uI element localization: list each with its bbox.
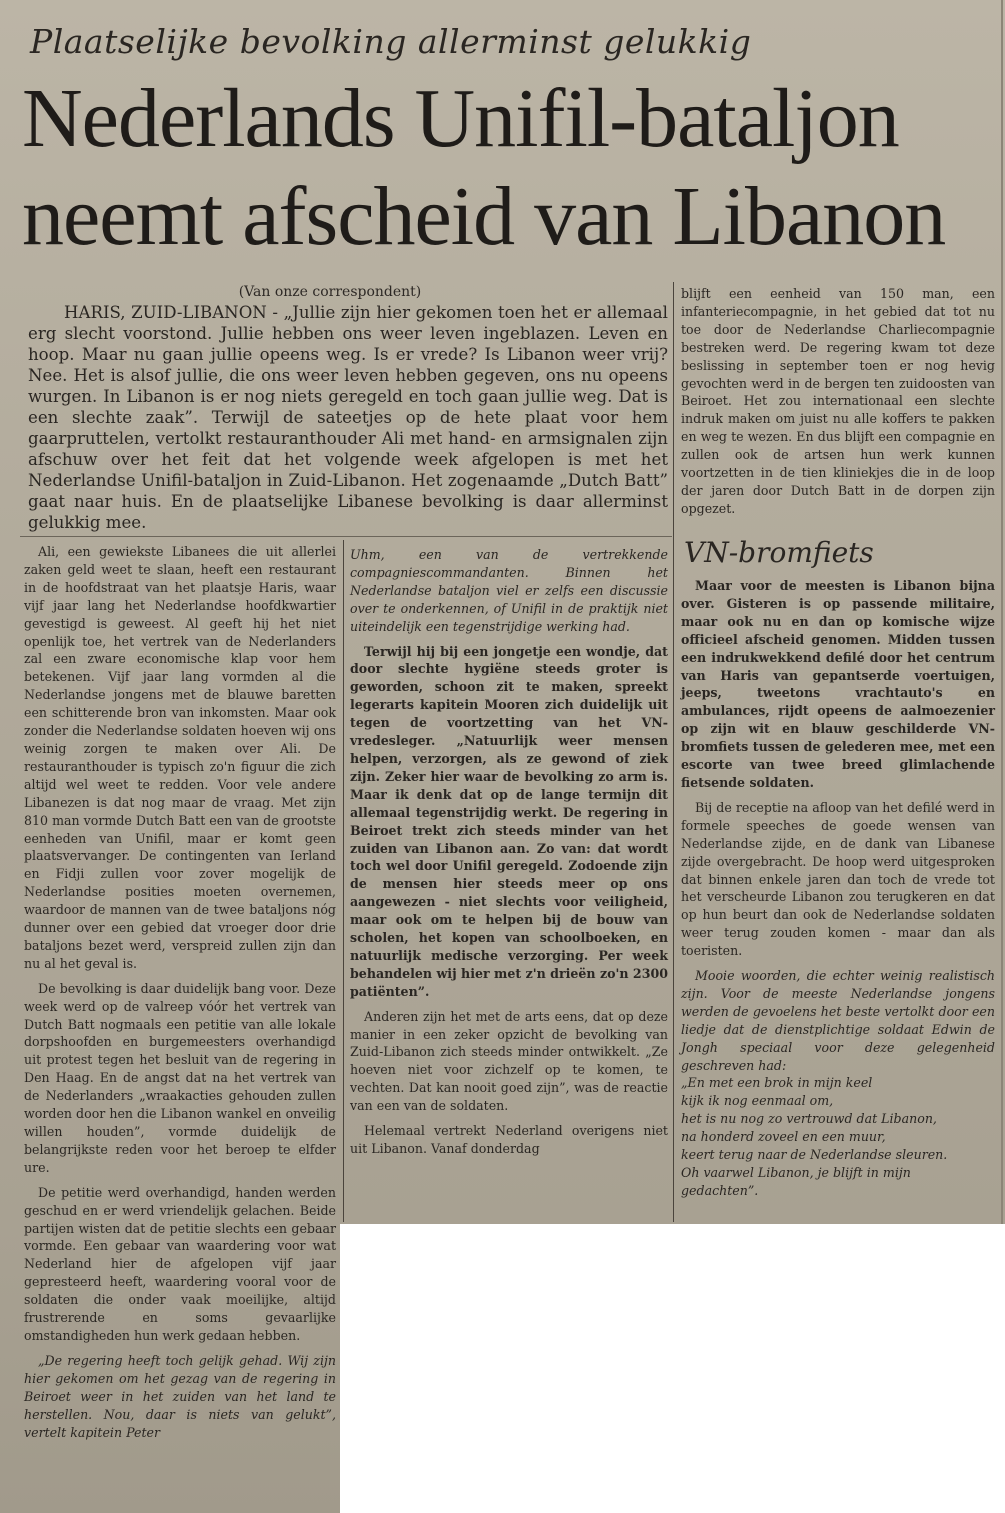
headline: Nederlands Unifil-bataljon neemt afschei…: [22, 70, 992, 266]
lyric-line: na honderd zoveel en een muur,: [681, 1128, 995, 1146]
column-3: Maar voor de meesten is Libanon bijna ov…: [681, 577, 995, 1200]
column-3-top: blijft een eenheid van 150 man, een infa…: [681, 285, 995, 525]
bold-paragraph: Terwijl hij bij een jongetje een wondje,…: [350, 643, 668, 1001]
column-rule: [343, 540, 344, 1222]
column-2: Uhm, een van de vertrekkende compagniesc…: [350, 546, 668, 1165]
song-lyrics: „En met een brok in mijn keel kijk ik no…: [681, 1074, 995, 1199]
paragraph: De bevolking is daar duidelijk bang voor…: [24, 980, 336, 1177]
lead-paragraph: HARIS, ZUID-LIBANON - „Jullie zijn hier …: [28, 302, 668, 533]
lead-text: HARIS, ZUID-LIBANON - „Jullie zijn hier …: [28, 302, 668, 533]
lyric-line: kijk ik nog eenmaal om,: [681, 1092, 995, 1110]
paragraph: Ali, een gewiekste Libanees die uit alle…: [24, 543, 336, 973]
paragraph: blijft een eenheid van 150 man, een infa…: [681, 285, 995, 518]
headline-line-2: neemt afscheid van Libanon: [22, 168, 992, 266]
paragraph: Helemaal vertrekt Nederland overigens ni…: [350, 1122, 668, 1158]
lyric-line: het is nu nog zo vertrouwd dat Libanon,: [681, 1110, 995, 1128]
paragraph: Bij de receptie na afloop van het defilé…: [681, 799, 995, 960]
quote-paragraph: Uhm, een van de vertrekkende compagniesc…: [350, 546, 668, 636]
column-rule: [673, 282, 674, 1222]
clipping-edge: [1001, 0, 1003, 1224]
paragraph: De petitie werd overhandigd, handen werd…: [24, 1184, 336, 1345]
bold-paragraph: Maar voor de meesten is Libanon bijna ov…: [681, 577, 995, 792]
lyric-line: keert terug naar de Nederlandse sleuren.: [681, 1146, 995, 1164]
column-1: Ali, een gewiekste Libanees die uit alle…: [24, 543, 336, 1448]
lyric-line: Oh vaarwel Libanon, je blijft in mijn: [681, 1164, 995, 1182]
lyric-line: „En met een brok in mijn keel: [681, 1074, 995, 1092]
byline: (Van onze correspondent): [180, 284, 480, 300]
quote-paragraph: „De regering heeft toch gelijk gehad. Wi…: [24, 1352, 336, 1442]
lyric-line: gedachten”.: [681, 1182, 995, 1200]
paragraph: Anderen zijn het met de arts eens, dat o…: [350, 1008, 668, 1115]
italic-paragraph: Mooie woorden, die echter weinig realist…: [681, 967, 995, 1074]
section-rule: [20, 536, 672, 537]
headline-line-1: Nederlands Unifil-bataljon: [22, 70, 992, 168]
kicker: Plaatselijke bevolking allerminst gelukk…: [30, 22, 751, 61]
subheading: VN-bromfiets: [684, 536, 874, 569]
